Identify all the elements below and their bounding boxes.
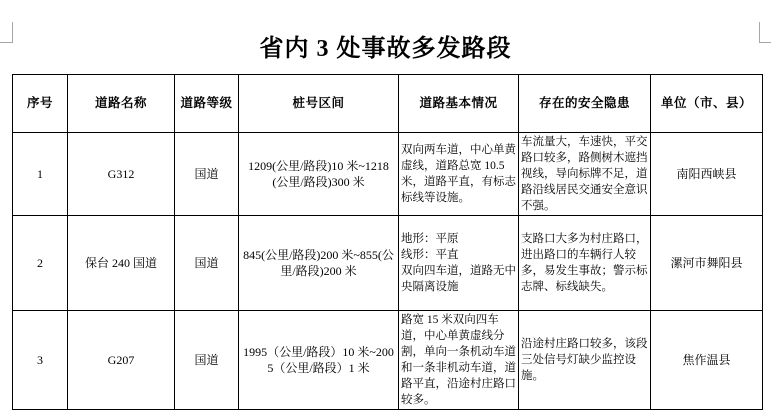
header-cell-safety-hazard: 存在的安全隐患 [519, 75, 651, 133]
header-cell-stake-interval: 桩号区间 [239, 75, 399, 133]
table-row: 2 保台 240 国道 国道 845(公里/路段)200 米~855(公里/路段… [13, 216, 763, 311]
page-title: 省内 3 处事故多发路段 [0, 28, 771, 63]
cell-safety-hazard: 沿途村庄路口较多，该段三处信号灯缺少监控设施。 [519, 311, 651, 410]
cell-road-grade: 国道 [175, 311, 239, 410]
header-cell-road-condition: 道路基本情况 [399, 75, 519, 133]
cell-seq: 3 [13, 311, 68, 410]
cell-stake-interval: 1995（公里/路段）10 米~2005（公里/路段）1 米 [239, 311, 399, 410]
cell-road-name: G207 [68, 311, 175, 410]
cell-safety-hazard: 车流量大，车速快，平交路口较多，路侧树木遮挡视线，导向标牌不足，道路沿线居民交通… [519, 133, 651, 216]
cell-stake-interval: 845(公里/路段)200 米~855(公里/路段)200 米 [239, 216, 399, 311]
header-cell-unit: 单位（市、县） [651, 75, 763, 133]
cell-safety-hazard: 支路口大多为村庄路口，进出路口的车辆行人较多，易发生事故；警示标志牌、标线缺失。 [519, 216, 651, 311]
cell-road-condition: 地形：平原 线形：平直 双向四车道，道路无中央隔离设施 [399, 216, 519, 311]
cell-road-grade: 国道 [175, 133, 239, 216]
cell-road-grade: 国道 [175, 216, 239, 311]
cell-seq: 1 [13, 133, 68, 216]
header-cell-road-name: 道路名称 [68, 75, 175, 133]
header-cell-road-grade: 道路等级 [175, 75, 239, 133]
document-page: 省内 3 处事故多发路段 序号 道路名称 道路等级 桩号区间 道路基本情况 存在… [0, 0, 771, 415]
cell-unit: 漯河市舞阳县 [651, 216, 763, 311]
cell-seq: 2 [13, 216, 68, 311]
cell-road-condition: 双向两车道，中心单黄虚线，道路总宽 10.5 米，道路平直，有标志标线等设施。 [399, 133, 519, 216]
table-row: 1 G312 国道 1209(公里/路段)10 米~1218(公里/路段)300… [13, 133, 763, 216]
cell-unit: 焦作温县 [651, 311, 763, 410]
table-row: 3 G207 国道 1995（公里/路段）10 米~2005（公里/路段）1 米… [13, 311, 763, 410]
cell-stake-interval: 1209(公里/路段)10 米~1218(公里/路段)300 米 [239, 133, 399, 216]
table-header-row: 序号 道路名称 道路等级 桩号区间 道路基本情况 存在的安全隐患 单位（市、县） [13, 75, 763, 133]
header-cell-seq: 序号 [13, 75, 68, 133]
cell-unit: 南阳西峡县 [651, 133, 763, 216]
cell-road-name: G312 [68, 133, 175, 216]
accident-road-table: 序号 道路名称 道路等级 桩号区间 道路基本情况 存在的安全隐患 单位（市、县）… [12, 74, 763, 410]
cell-road-condition: 路宽 15 米双向四车道，中心单黄虚线分割，单向一条机动车道和一条非机动车道，道… [399, 311, 519, 410]
cell-road-name: 保台 240 国道 [68, 216, 175, 311]
